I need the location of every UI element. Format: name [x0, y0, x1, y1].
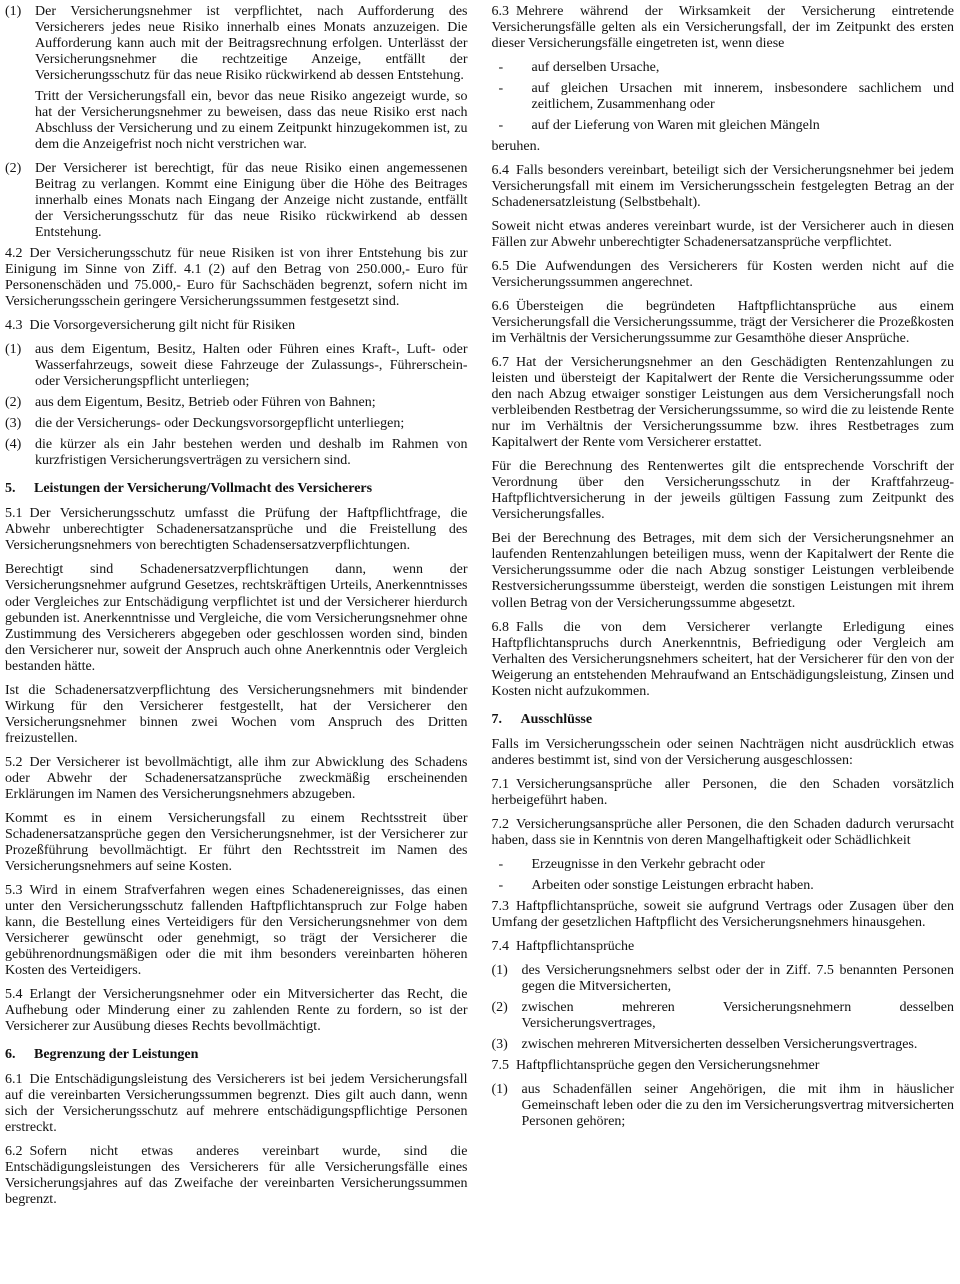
item-label: 7.4	[492, 939, 517, 954]
item-label: -	[499, 857, 504, 873]
paragraph-text: Die Aufwendungen des Versicherers für Ko…	[492, 259, 955, 290]
paragraph-text: die der Versicherungs- oder Deckungsvors…	[35, 416, 404, 431]
paragraph-text: Übersteigen die begründeten Haftpflichta…	[492, 299, 955, 346]
paragraph: 7.3Haftpflichtansprüche, soweit sie aufg…	[492, 899, 955, 931]
item-label: (1)	[492, 1082, 508, 1098]
item-label: 7.1	[492, 777, 517, 792]
numbered-list-item: (3)die der Versicherungs- oder Deckungsv…	[5, 416, 468, 432]
item-label: 6.8	[492, 620, 517, 635]
text-column-left: (1)Der Versicherungsnehmer ist verpflich…	[5, 4, 468, 1280]
paragraph-text: Der Versicherer ist berechtigt, für das …	[35, 161, 468, 240]
paragraph: 6.3Mehrere während der Wirksamkeit der V…	[492, 4, 955, 52]
paragraph-text: des Versicherungsnehmers selbst oder der…	[522, 963, 955, 994]
paragraph-text: beruhen.	[492, 139, 541, 154]
item-label: 7.5	[492, 1058, 517, 1073]
item-label: (1)	[5, 4, 21, 20]
dash-list-item: -Arbeiten oder sonstige Leistungen erbra…	[492, 878, 955, 894]
paragraph: 6.6Übersteigen die begründeten Haftpflic…	[492, 299, 955, 347]
paragraph-text: Der Versicherungsschutz umfasst die Prüf…	[5, 506, 468, 553]
paragraph-text: Bei der Berechnung des Betrages, mit dem…	[492, 531, 955, 610]
paragraph-text: Versicherungsansprüche aller Personen, d…	[492, 817, 955, 848]
paragraph-text: Arbeiten oder sonstige Leistungen erbrac…	[532, 878, 814, 893]
item-label: -	[499, 118, 504, 134]
item-label: (2)	[5, 161, 21, 177]
paragraph-text: Sofern nicht etwas anderes vereinbart wu…	[5, 1144, 468, 1207]
paragraph-text: Haftpflichtansprüche, soweit sie aufgrun…	[492, 899, 955, 930]
item-label: 6.1	[5, 1072, 30, 1087]
paragraph-text: Erzeugnisse in den Verkehr gebracht oder	[532, 857, 765, 872]
section-heading: 5.Leistungen der Versicherung/Vollmacht …	[5, 481, 468, 497]
paragraph: 7.5Haftpflichtansprüche gegen den Versic…	[492, 1058, 955, 1074]
item-label: 6.6	[492, 299, 517, 314]
paragraph-text: Wird in einem Strafverfahren wegen eines…	[5, 883, 468, 978]
dash-list-item: -Erzeugnisse in den Verkehr gebracht ode…	[492, 857, 955, 873]
numbered-list-item: (1)aus dem Eigentum, Besitz, Halten oder…	[5, 342, 468, 390]
paragraph: Falls im Versicherungsschein oder seinen…	[492, 737, 955, 769]
item-label: (1)	[492, 963, 508, 979]
paragraph-text: auf derselben Ursache,	[532, 60, 660, 75]
numbered-list-item: (1)aus Schadenfällen seiner Angehörigen,…	[492, 1082, 955, 1130]
paragraph: 5.2Der Versicherer ist bevollmächtigt, a…	[5, 755, 468, 803]
item-label: 5.4	[5, 987, 30, 1002]
paragraph: Ist die Schadenersatzverpflichtung des V…	[5, 683, 468, 747]
paragraph-text: Hat der Versicherungsnehmer an den Gesch…	[492, 355, 955, 450]
heading-text: Ausschlüsse	[521, 712, 593, 727]
paragraph: Bei der Berechnung des Betrages, mit dem…	[492, 531, 955, 611]
item-label: 6.2	[5, 1144, 30, 1159]
section-heading: 7.Ausschlüsse	[492, 712, 955, 728]
item-label: (1)	[5, 342, 21, 358]
paragraph-text: Falls die von dem Versicherer verlangte …	[492, 620, 955, 699]
paragraph: 7.2Versicherungsansprüche aller Personen…	[492, 817, 955, 849]
paragraph: 6.2Sofern nicht etwas anderes vereinbart…	[5, 1144, 468, 1208]
paragraph: Kommt es in einem Versicherungsfall zu e…	[5, 811, 468, 875]
dash-list-item: -auf gleichen Ursachen mit innerem, insb…	[492, 81, 955, 113]
paragraph-text: die kürzer als ein Jahr bestehen werden …	[35, 437, 468, 468]
heading-number: 6.	[5, 1047, 16, 1063]
paragraph-text: Falls besonders vereinbart, beteiligt si…	[492, 163, 955, 210]
item-label: 6.5	[492, 259, 517, 274]
paragraph-text: Die Entschädigungsleistung des Versicher…	[5, 1072, 468, 1135]
heading-number: 7.	[492, 712, 503, 728]
paragraph: 4.2Der Versicherungsschutz für neue Risi…	[5, 246, 468, 310]
item-label: -	[499, 878, 504, 894]
numbered-list-item: (1)Der Versicherungsnehmer ist verpflich…	[5, 4, 468, 84]
item-label: (3)	[5, 416, 21, 432]
numbered-list-item: (2)zwischen mehreren Versicherungsnehmer…	[492, 1000, 955, 1032]
paragraph-text: auf der Lieferung von Waren mit gleichen…	[532, 118, 820, 133]
heading-text: Begrenzung der Leistungen	[34, 1047, 198, 1062]
numbered-list-item: (1)des Versicherungsnehmers selbst oder …	[492, 963, 955, 995]
paragraph: Tritt der Versicherungsfall ein, bevor d…	[5, 89, 468, 153]
item-label: 4.2	[5, 246, 30, 261]
paragraph-text: Versicherungsansprüche aller Personen, d…	[492, 777, 955, 808]
item-label: 6.7	[492, 355, 517, 370]
paragraph: 5.4Erlangt der Versicherungsnehmer oder …	[5, 987, 468, 1035]
heading-number: 5.	[5, 481, 16, 497]
item-label: 5.3	[5, 883, 30, 898]
item-label: -	[499, 60, 504, 76]
item-label: (3)	[492, 1037, 508, 1053]
paragraph-text: zwischen mehreren Versicherungsnehmern d…	[522, 1000, 955, 1031]
paragraph: 4.3Die Vorsorgeversicherung gilt nicht f…	[5, 318, 468, 334]
paragraph-text: aus dem Eigentum, Besitz, Halten oder Fü…	[35, 342, 468, 389]
item-label: (2)	[492, 1000, 508, 1016]
paragraph-text: auf gleichen Ursachen mit innerem, insbe…	[532, 81, 955, 112]
paragraph-text: Soweit nicht etwas anderes vereinbart wu…	[492, 219, 955, 250]
paragraph-text: zwischen mehreren Mitversicherten dessel…	[522, 1037, 918, 1052]
text-column-right: 6.3Mehrere während der Wirksamkeit der V…	[492, 4, 955, 1280]
paragraph: 5.1Der Versicherungsschutz umfasst die P…	[5, 506, 468, 554]
item-label: (2)	[5, 395, 21, 411]
document-page: (1)Der Versicherungsnehmer ist verpflich…	[0, 0, 960, 1284]
item-label: 7.2	[492, 817, 517, 832]
item-label: 5.2	[5, 755, 30, 770]
numbered-list-item: (2)Der Versicherer ist berechtigt, für d…	[5, 161, 468, 241]
item-label: 5.1	[5, 506, 30, 521]
paragraph: 6.4Falls besonders vereinbart, beteiligt…	[492, 163, 955, 211]
paragraph: 6.7Hat der Versicherungsnehmer an den Ge…	[492, 355, 955, 451]
paragraph-text: Berechtigt sind Schadenersatzverpflichtu…	[5, 562, 468, 673]
paragraph-text: Die Vorsorgeversicherung gilt nicht für …	[30, 318, 296, 333]
item-label: 6.3	[492, 4, 517, 19]
paragraph-text: Kommt es in einem Versicherungsfall zu e…	[5, 811, 468, 874]
item-label: 6.4	[492, 163, 517, 178]
paragraph: 5.3Wird in einem Strafverfahren wegen ei…	[5, 883, 468, 979]
paragraph: 6.1Die Entschädigungsleistung des Versic…	[5, 1072, 468, 1136]
item-label: (4)	[5, 437, 21, 453]
paragraph: beruhen.	[492, 139, 955, 155]
paragraph: 7.1Versicherungsansprüche aller Personen…	[492, 777, 955, 809]
paragraph-text: Haftpflichtansprüche	[516, 939, 634, 954]
item-label: 4.3	[5, 318, 30, 333]
paragraph-text: Ist die Schadenersatzverpflichtung des V…	[5, 683, 468, 746]
numbered-list-item: (2)aus dem Eigentum, Besitz, Betrieb ode…	[5, 395, 468, 411]
paragraph: 6.5Die Aufwendungen des Versicherers für…	[492, 259, 955, 291]
paragraph: Soweit nicht etwas anderes vereinbart wu…	[492, 219, 955, 251]
heading-text: Leistungen der Versicherung/Vollmacht de…	[34, 481, 372, 496]
dash-list-item: -auf derselben Ursache,	[492, 60, 955, 76]
dash-list-item: -auf der Lieferung von Waren mit gleiche…	[492, 118, 955, 134]
paragraph-text: Haftpflichtansprüche gegen den Versicher…	[516, 1058, 819, 1073]
paragraph: Berechtigt sind Schadenersatzverpflichtu…	[5, 562, 468, 674]
paragraph: Für die Berechnung des Rentenwertes gilt…	[492, 459, 955, 523]
numbered-list-item: (3)zwischen mehreren Mitversicherten des…	[492, 1037, 955, 1053]
item-label: 7.3	[492, 899, 517, 914]
paragraph-text: aus Schadenfällen seiner Angehörigen, di…	[522, 1082, 955, 1129]
paragraph-text: Mehrere während der Wirksamkeit der Vers…	[492, 4, 955, 51]
paragraph-text: Für die Berechnung des Rentenwertes gilt…	[492, 459, 955, 522]
paragraph: 6.8Falls die von dem Versicherer verlang…	[492, 620, 955, 700]
numbered-list-item: (4)die kürzer als ein Jahr bestehen werd…	[5, 437, 468, 469]
paragraph-text: Der Versicherungsnehmer ist verpflichtet…	[35, 4, 468, 83]
paragraph-text: Der Versicherer ist bevollmächtigt, alle…	[5, 755, 468, 802]
paragraph-text: Der Versicherungsschutz für neue Risiken…	[5, 246, 468, 309]
item-label: -	[499, 81, 504, 97]
paragraph-text: Tritt der Versicherungsfall ein, bevor d…	[35, 89, 468, 152]
section-heading: 6.Begrenzung der Leistungen	[5, 1047, 468, 1063]
paragraph: 7.4Haftpflichtansprüche	[492, 939, 955, 955]
paragraph-text: aus dem Eigentum, Besitz, Betrieb oder F…	[35, 395, 376, 410]
paragraph-text: Falls im Versicherungsschein oder seinen…	[492, 737, 955, 768]
paragraph-text: Erlangt der Versicherungsnehmer oder ein…	[5, 987, 468, 1034]
